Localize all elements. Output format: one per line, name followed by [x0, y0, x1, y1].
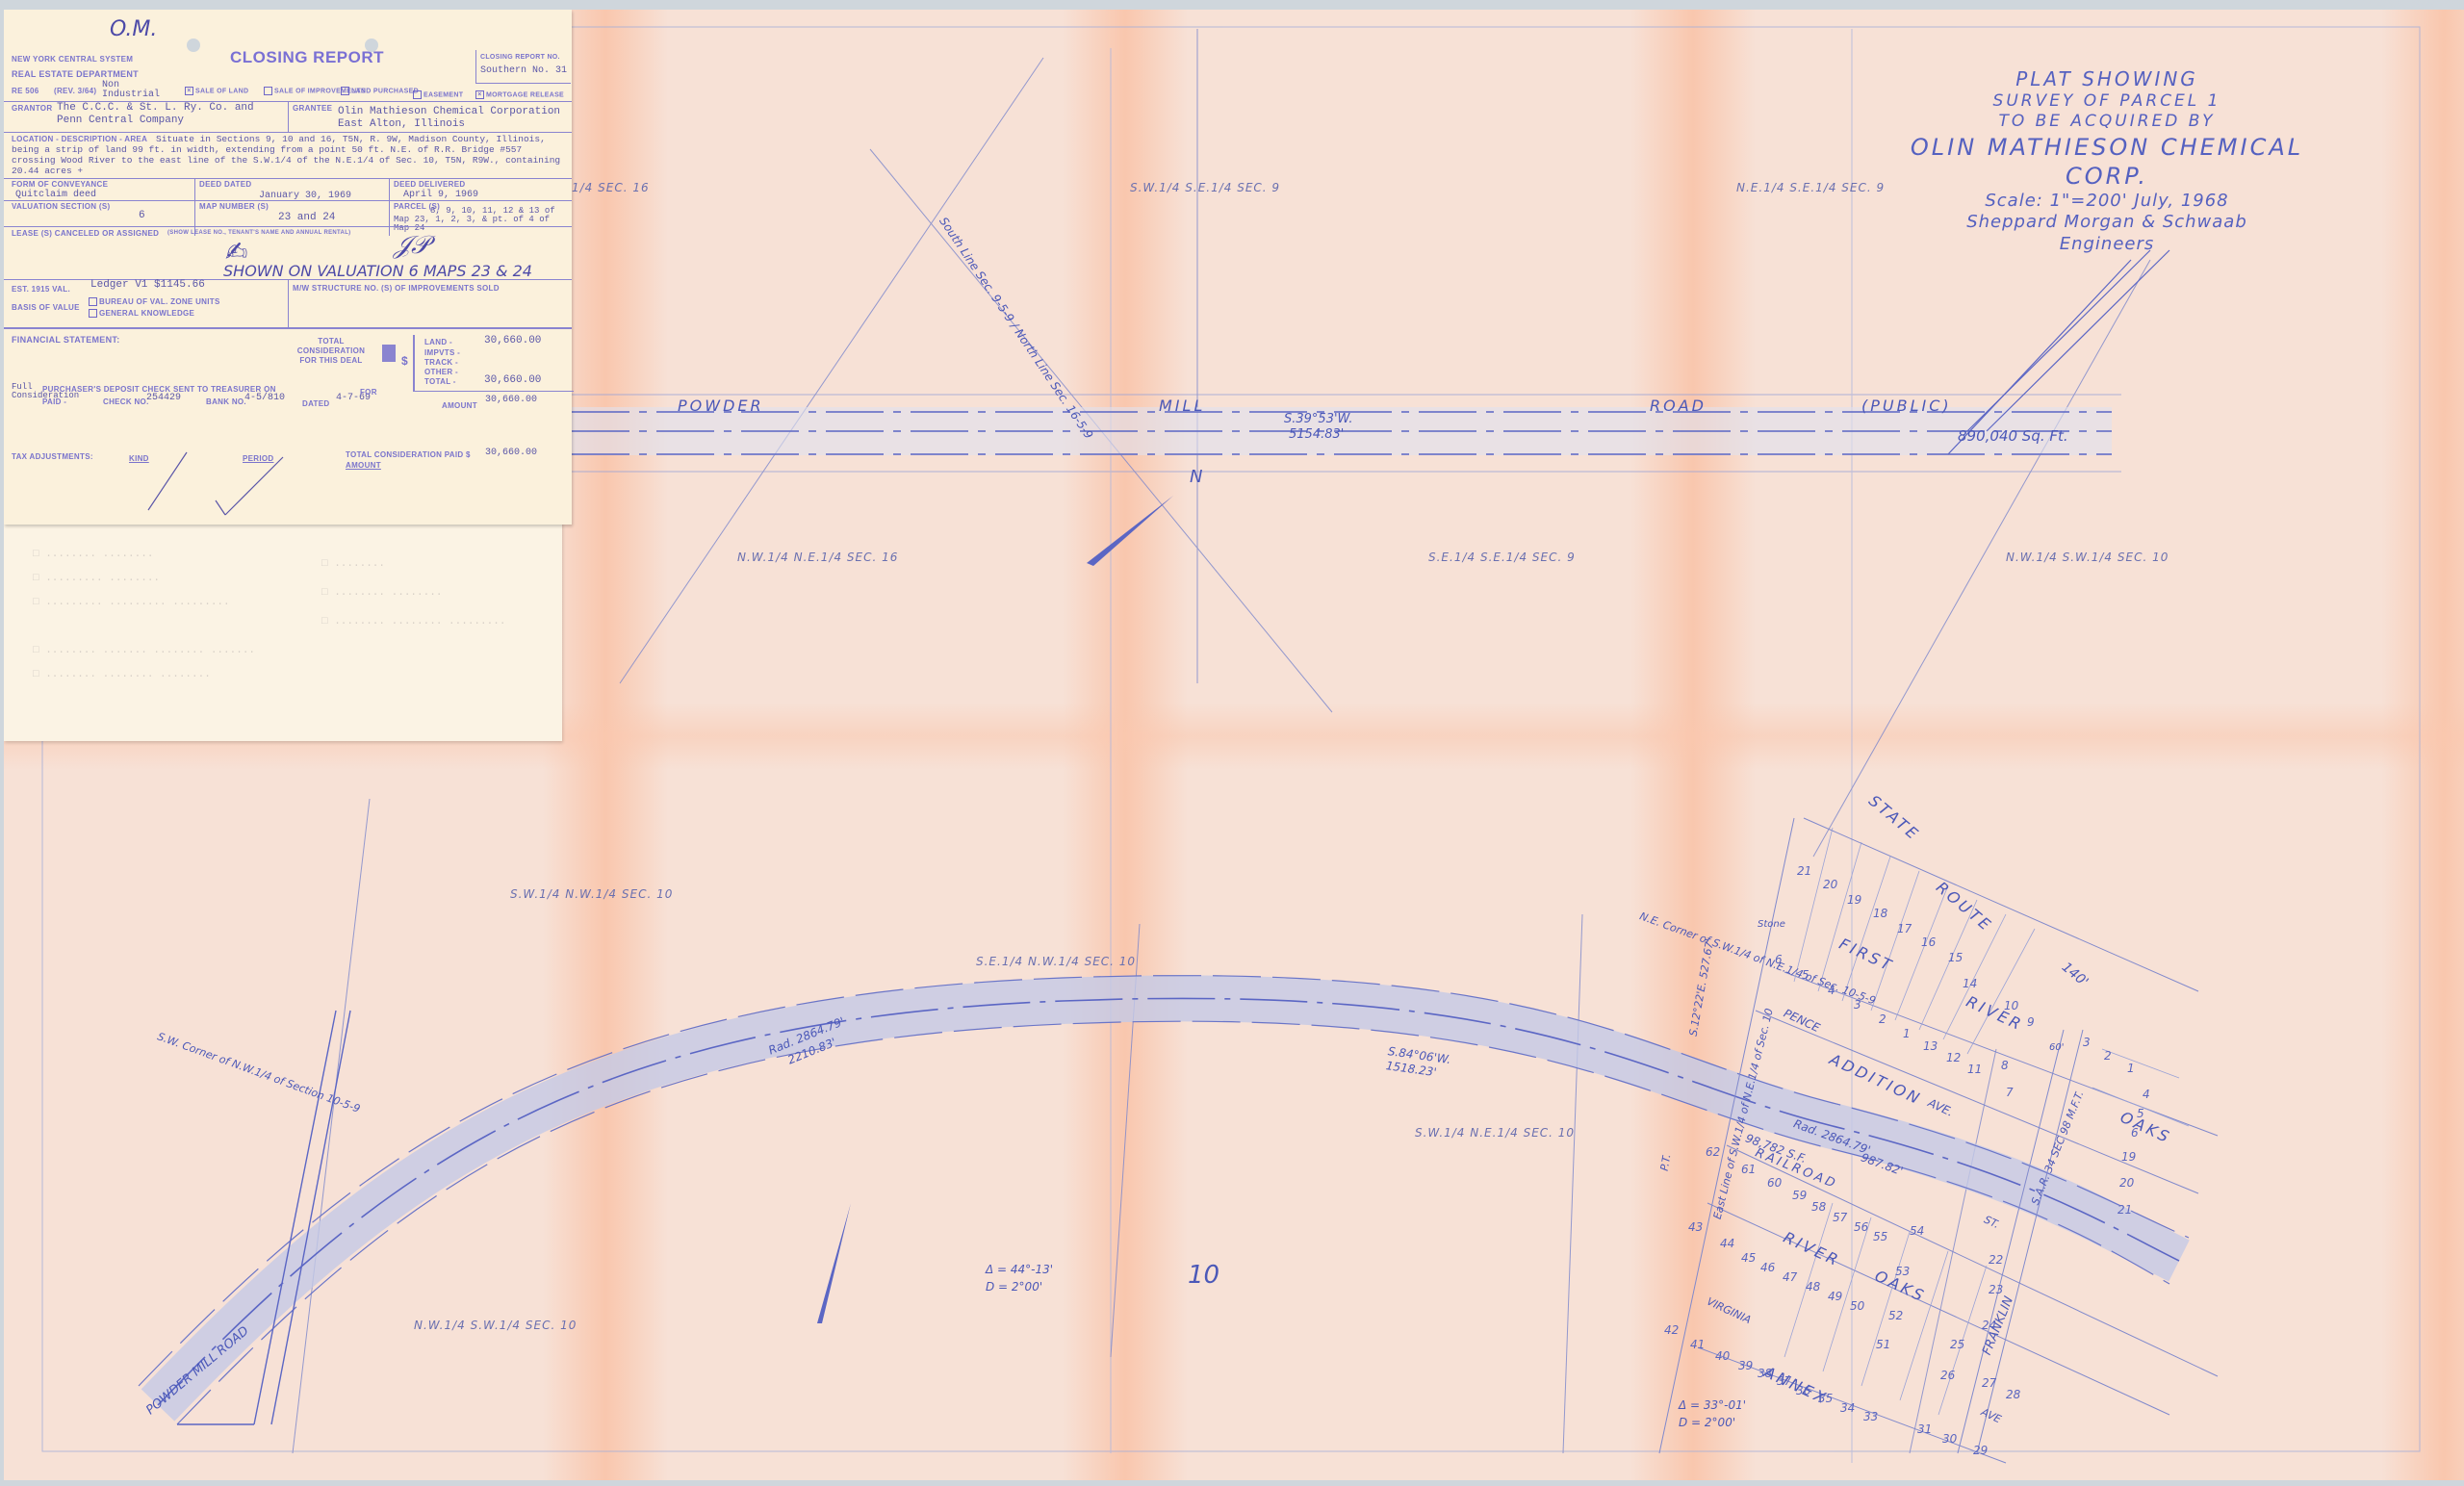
title-line: PLAT SHOWING — [1881, 67, 2333, 91]
lot-number: 62 — [1706, 1145, 1720, 1159]
checkbox-easement[interactable]: EASEMENT — [413, 90, 463, 99]
amount-column-label: AMOUNT — [346, 461, 381, 470]
lot-number: 26 — [1940, 1369, 1955, 1382]
lot-number: 40 — [1715, 1349, 1730, 1363]
section-label: N.E.1/4 S.E.1/4 SEC. 9 — [1736, 181, 1885, 194]
lot-number: 6 — [2131, 1126, 2139, 1140]
paid-label: PAID - — [42, 397, 66, 406]
conveyance-value: Quitclaim deed — [15, 190, 96, 200]
lot-number: 13 — [1923, 1039, 1938, 1053]
lot-number: 35 — [1818, 1392, 1833, 1405]
section-label: N.W.1/4 N.E.1/4 SEC. 16 — [737, 551, 898, 564]
punch-hole — [187, 38, 200, 52]
conveyance-label: FORM OF CONVEYANCE — [12, 180, 108, 189]
lot-number: 52 — [1888, 1309, 1903, 1322]
lot-number: 24 — [1982, 1319, 1996, 1332]
lot-number: 28 — [2006, 1388, 2020, 1401]
section-label: N.W.1/4 S.W.1/4 SEC. 10 — [2006, 551, 2169, 564]
lot-number: 21 — [1797, 864, 1811, 878]
report-title: CLOSING REPORT — [230, 48, 384, 67]
title-line: Sheppard Morgan & Schwaab — [1881, 212, 2333, 234]
parcel-value: 8, 9, 10, 11, 12 & 13 of Map 23, 1, 2, 3… — [394, 207, 567, 233]
lot-number: 34 — [1840, 1401, 1855, 1415]
deed-dated-label: DEED DATED — [199, 180, 251, 189]
lot-number: 44 — [1720, 1237, 1734, 1250]
department-label: REAL ESTATE DEPARTMENT — [12, 69, 139, 79]
signature: ✍ — [225, 236, 247, 268]
lot-number: 60 — [1767, 1176, 1782, 1190]
road-label: (PUBLIC) — [1861, 397, 1952, 415]
lot-number: 33 — [1863, 1410, 1878, 1423]
breakdown-box: $ LAND - 30,660.00 IMPVTS - TRACK - OTHE… — [413, 335, 574, 392]
handwritten-valuation-note: SHOWN ON VALUATION 6 MAPS 23 & 24 — [223, 262, 532, 280]
lot-number: 5 — [1802, 968, 1809, 982]
lot-number: 16 — [1921, 935, 1936, 949]
grantor-label: GRANTOR — [12, 104, 52, 113]
lot-number: 30 — [1942, 1432, 1957, 1446]
total-consideration-label: TOTAL CONSIDERATION FOR THIS DEAL — [293, 337, 370, 366]
road-label: POWDER — [678, 397, 764, 415]
map-number-label: MAP NUMBER (S) — [199, 202, 269, 211]
lot-number: 17 — [1897, 922, 1912, 935]
checkbox-land-purchased[interactable]: LAND PURCHASED — [341, 87, 419, 95]
form-revision: (REV. 3/64) — [54, 87, 96, 95]
dated-label: DATED — [302, 399, 329, 408]
lot-number: 51 — [1876, 1338, 1890, 1351]
area-label: 890,040 Sq. Ft. — [1958, 427, 2068, 445]
basis-label: BASIS OF VALUE — [12, 303, 80, 312]
road-label: ROAD — [1650, 397, 1707, 415]
lot-number: 37 — [1777, 1374, 1791, 1388]
deed-delivered-label: DEED DELIVERED — [394, 180, 465, 189]
grantee-value: Olin Mathieson Chemical Corporation East… — [338, 106, 564, 131]
lot-number: 21 — [2117, 1203, 2132, 1217]
section-label: S.W.1/4 S.E.1/4 SEC. 9 — [1130, 181, 1280, 194]
bearing-label: S.39°53'W. — [1284, 412, 1352, 426]
basis-option[interactable]: BUREAU OF VAL. ZONE UNITS — [89, 297, 220, 306]
lot-number: 29 — [1973, 1444, 1988, 1457]
delta-label: Δ = 44°-13' — [986, 1263, 1053, 1276]
delta-label: Δ = 33°-01' — [1679, 1398, 1746, 1412]
section-label: N.W.1/4 S.W.1/4 SEC. 10 — [414, 1319, 577, 1332]
signature: 𝒥𝒫 — [394, 231, 429, 261]
lot-number: 23 — [1989, 1283, 2003, 1296]
title-line: Engineers — [1881, 234, 2333, 256]
lot-number: 43 — [1688, 1220, 1703, 1234]
title-line: OLIN MATHIESON CHEMICAL CORP. — [1881, 133, 2333, 191]
lot-number: 3 — [2083, 1036, 2091, 1049]
plat-title-block: PLAT SHOWING SURVEY OF PARCEL 1 TO BE AC… — [1881, 67, 2333, 255]
lot-number: 55 — [1873, 1230, 1887, 1243]
arrow-icon — [382, 345, 396, 362]
valuation-section-value: 6 — [139, 210, 145, 221]
lot-number: 20 — [2119, 1176, 2134, 1190]
section-label: S.E.1/4 N.W.1/4 SEC. 10 — [976, 955, 1136, 968]
lot-number: 58 — [1811, 1200, 1826, 1214]
lot-number: 47 — [1783, 1270, 1797, 1284]
degree-curve-label: D = 2°00' — [986, 1280, 1042, 1294]
road-label: MILL — [1159, 397, 1205, 415]
lot-number: 2 — [2104, 1049, 2112, 1063]
check-no-label: CHECK NO. — [103, 397, 149, 406]
lot-number: 6 — [1775, 953, 1783, 966]
location-description: Situate in Sections 9, 10 and 16, T5N, R… — [12, 134, 568, 176]
section-number: 10 — [1188, 1261, 1219, 1290]
lot-number: 61 — [1741, 1163, 1756, 1176]
total-paid-value: 30,660.00 — [485, 448, 537, 458]
lot-number: 5 — [2137, 1107, 2144, 1120]
total-paid-label: TOTAL CONSIDERATION PAID $ — [346, 450, 471, 459]
lot-number: 18 — [1873, 907, 1887, 920]
section-label: 1/4 SEC. 16 — [572, 181, 650, 194]
degree-curve-label: D = 2°00' — [1679, 1416, 1735, 1429]
lot-number: 14 — [1963, 977, 1977, 990]
lot-number: 42 — [1664, 1323, 1679, 1337]
lot-number: 25 — [1950, 1338, 1964, 1351]
lot-number: 1 — [1903, 1027, 1911, 1040]
lot-number: 19 — [2121, 1150, 2136, 1164]
amount-label: AMOUNT — [442, 401, 477, 410]
map-number-value: 23 and 24 — [278, 212, 335, 223]
for-label: FOR — [360, 388, 377, 397]
handwritten-initials: O.M. — [110, 17, 157, 41]
title-line: Scale: 1"=200' July, 1968 — [1881, 191, 2333, 213]
lot-number: 45 — [1741, 1251, 1756, 1265]
form-number: RE 506 — [12, 87, 38, 95]
basis-option[interactable]: GENERAL KNOWLEDGE — [89, 309, 194, 318]
lot-number: 10 — [2004, 999, 2018, 1012]
checkbox-mortgage-release[interactable]: ×MORTGAGE RELEASE — [475, 90, 564, 99]
valuation-section-label: VALUATION SECTION (S) — [12, 202, 110, 211]
lot-number: 38 — [1758, 1367, 1772, 1380]
lot-number: 54 — [1910, 1224, 1924, 1238]
lot-number: 46 — [1760, 1261, 1775, 1274]
lot-number: 4 — [2143, 1088, 2150, 1101]
lease-note: (SHOW LEASE NO., TENANT'S NAME AND ANNUA… — [167, 230, 350, 236]
north-arrow-label: N — [1190, 467, 1202, 487]
underlying-form: □ ........ ........ □ ......... ........… — [4, 520, 562, 741]
section-label: S.W.1/4 N.E.1/4 SEC. 10 — [1415, 1126, 1575, 1140]
lot-number: 49 — [1828, 1290, 1842, 1303]
closing-report-card: O.M. NEW YORK CENTRAL SYSTEM REAL ESTATE… — [4, 10, 572, 525]
lot-number: 11 — [1967, 1063, 1982, 1076]
stone-label: Stone — [1758, 919, 1785, 930]
est-val-value: Ledger V1 $1145.66 — [90, 279, 205, 291]
lot-number: 41 — [1690, 1338, 1705, 1351]
bank-no-value: 4-5/810 — [244, 393, 285, 403]
grantor-value: The C.C.C. & St. L. Ry. Co. and Penn Cen… — [57, 102, 278, 127]
check-no-value: 254429 — [146, 393, 181, 403]
industrial-type: Non Industrial — [102, 81, 174, 100]
lot-number: 53 — [1895, 1265, 1910, 1278]
lot-number: 8 — [2001, 1059, 2009, 1072]
report-no-box: CLOSING REPORT NO. Southern No. 31 — [475, 50, 571, 84]
tax-adjustments-label: TAX ADJUSTMENTS: — [12, 452, 93, 461]
lot-number: 4 — [1828, 984, 1835, 997]
lot-number: 2 — [1879, 1012, 1886, 1026]
lease-label: LEASE (S) CANCELED OR ASSIGNED — [12, 229, 159, 238]
report-no-value: Southern No. 31 — [480, 65, 567, 76]
deed-delivered-value: April 9, 1969 — [403, 190, 478, 200]
lot-number: 39 — [1738, 1359, 1753, 1372]
lot-number: 22 — [1989, 1253, 2003, 1267]
lot-number: 3 — [1854, 998, 1861, 1012]
distance-label: 5154.83' — [1289, 427, 1344, 442]
section-label: S.E.1/4 S.E.1/4 SEC. 9 — [1428, 551, 1576, 564]
lot-number: 48 — [1806, 1280, 1820, 1294]
title-line: TO BE ACQUIRED BY — [1881, 112, 2333, 132]
bank-no-label: BANK NO. — [206, 397, 246, 406]
lot-number: 31 — [1917, 1422, 1932, 1436]
lot-number: 19 — [1847, 893, 1861, 907]
lot-number: 15 — [1948, 951, 1963, 964]
lot-number: 7 — [2006, 1086, 2014, 1099]
lot-number: 57 — [1833, 1211, 1847, 1224]
section-label: S.W.1/4 N.W.1/4 SEC. 10 — [510, 887, 673, 901]
financial-label: FINANCIAL STATEMENT: — [12, 335, 120, 345]
lot-number: 59 — [1792, 1189, 1807, 1202]
lot-number: 50 — [1850, 1299, 1864, 1313]
report-no-label: CLOSING REPORT NO. — [480, 54, 560, 61]
lot-number: 27 — [1982, 1376, 1996, 1390]
structure-label: M/W STRUCTURE NO. (S) OF IMPROVEMENTS SO… — [293, 284, 500, 293]
width-label: 60' — [2049, 1042, 2064, 1053]
grantee-label: GRANTEE — [293, 104, 332, 113]
lot-number: 20 — [1823, 878, 1837, 891]
lot-number: 36 — [1796, 1384, 1810, 1397]
est-val-label: EST. 1915 VAL. — [12, 285, 70, 294]
lot-number: 56 — [1854, 1220, 1868, 1234]
company-label: NEW YORK CENTRAL SYSTEM — [12, 55, 133, 64]
title-line: SURVEY OF PARCEL 1 — [1881, 91, 2333, 112]
lot-number: 1 — [2127, 1062, 2135, 1075]
plat-sheet: PLAT SHOWING SURVEY OF PARCEL 1 TO BE AC… — [4, 10, 2464, 1480]
handwritten-strokes — [119, 433, 293, 520]
lot-number: 12 — [1946, 1051, 1961, 1064]
checkbox-sale-of-land[interactable]: ×SALE OF LAND — [185, 87, 248, 95]
amount-value: 30,660.00 — [485, 395, 537, 405]
lot-number: 9 — [2027, 1015, 2035, 1029]
